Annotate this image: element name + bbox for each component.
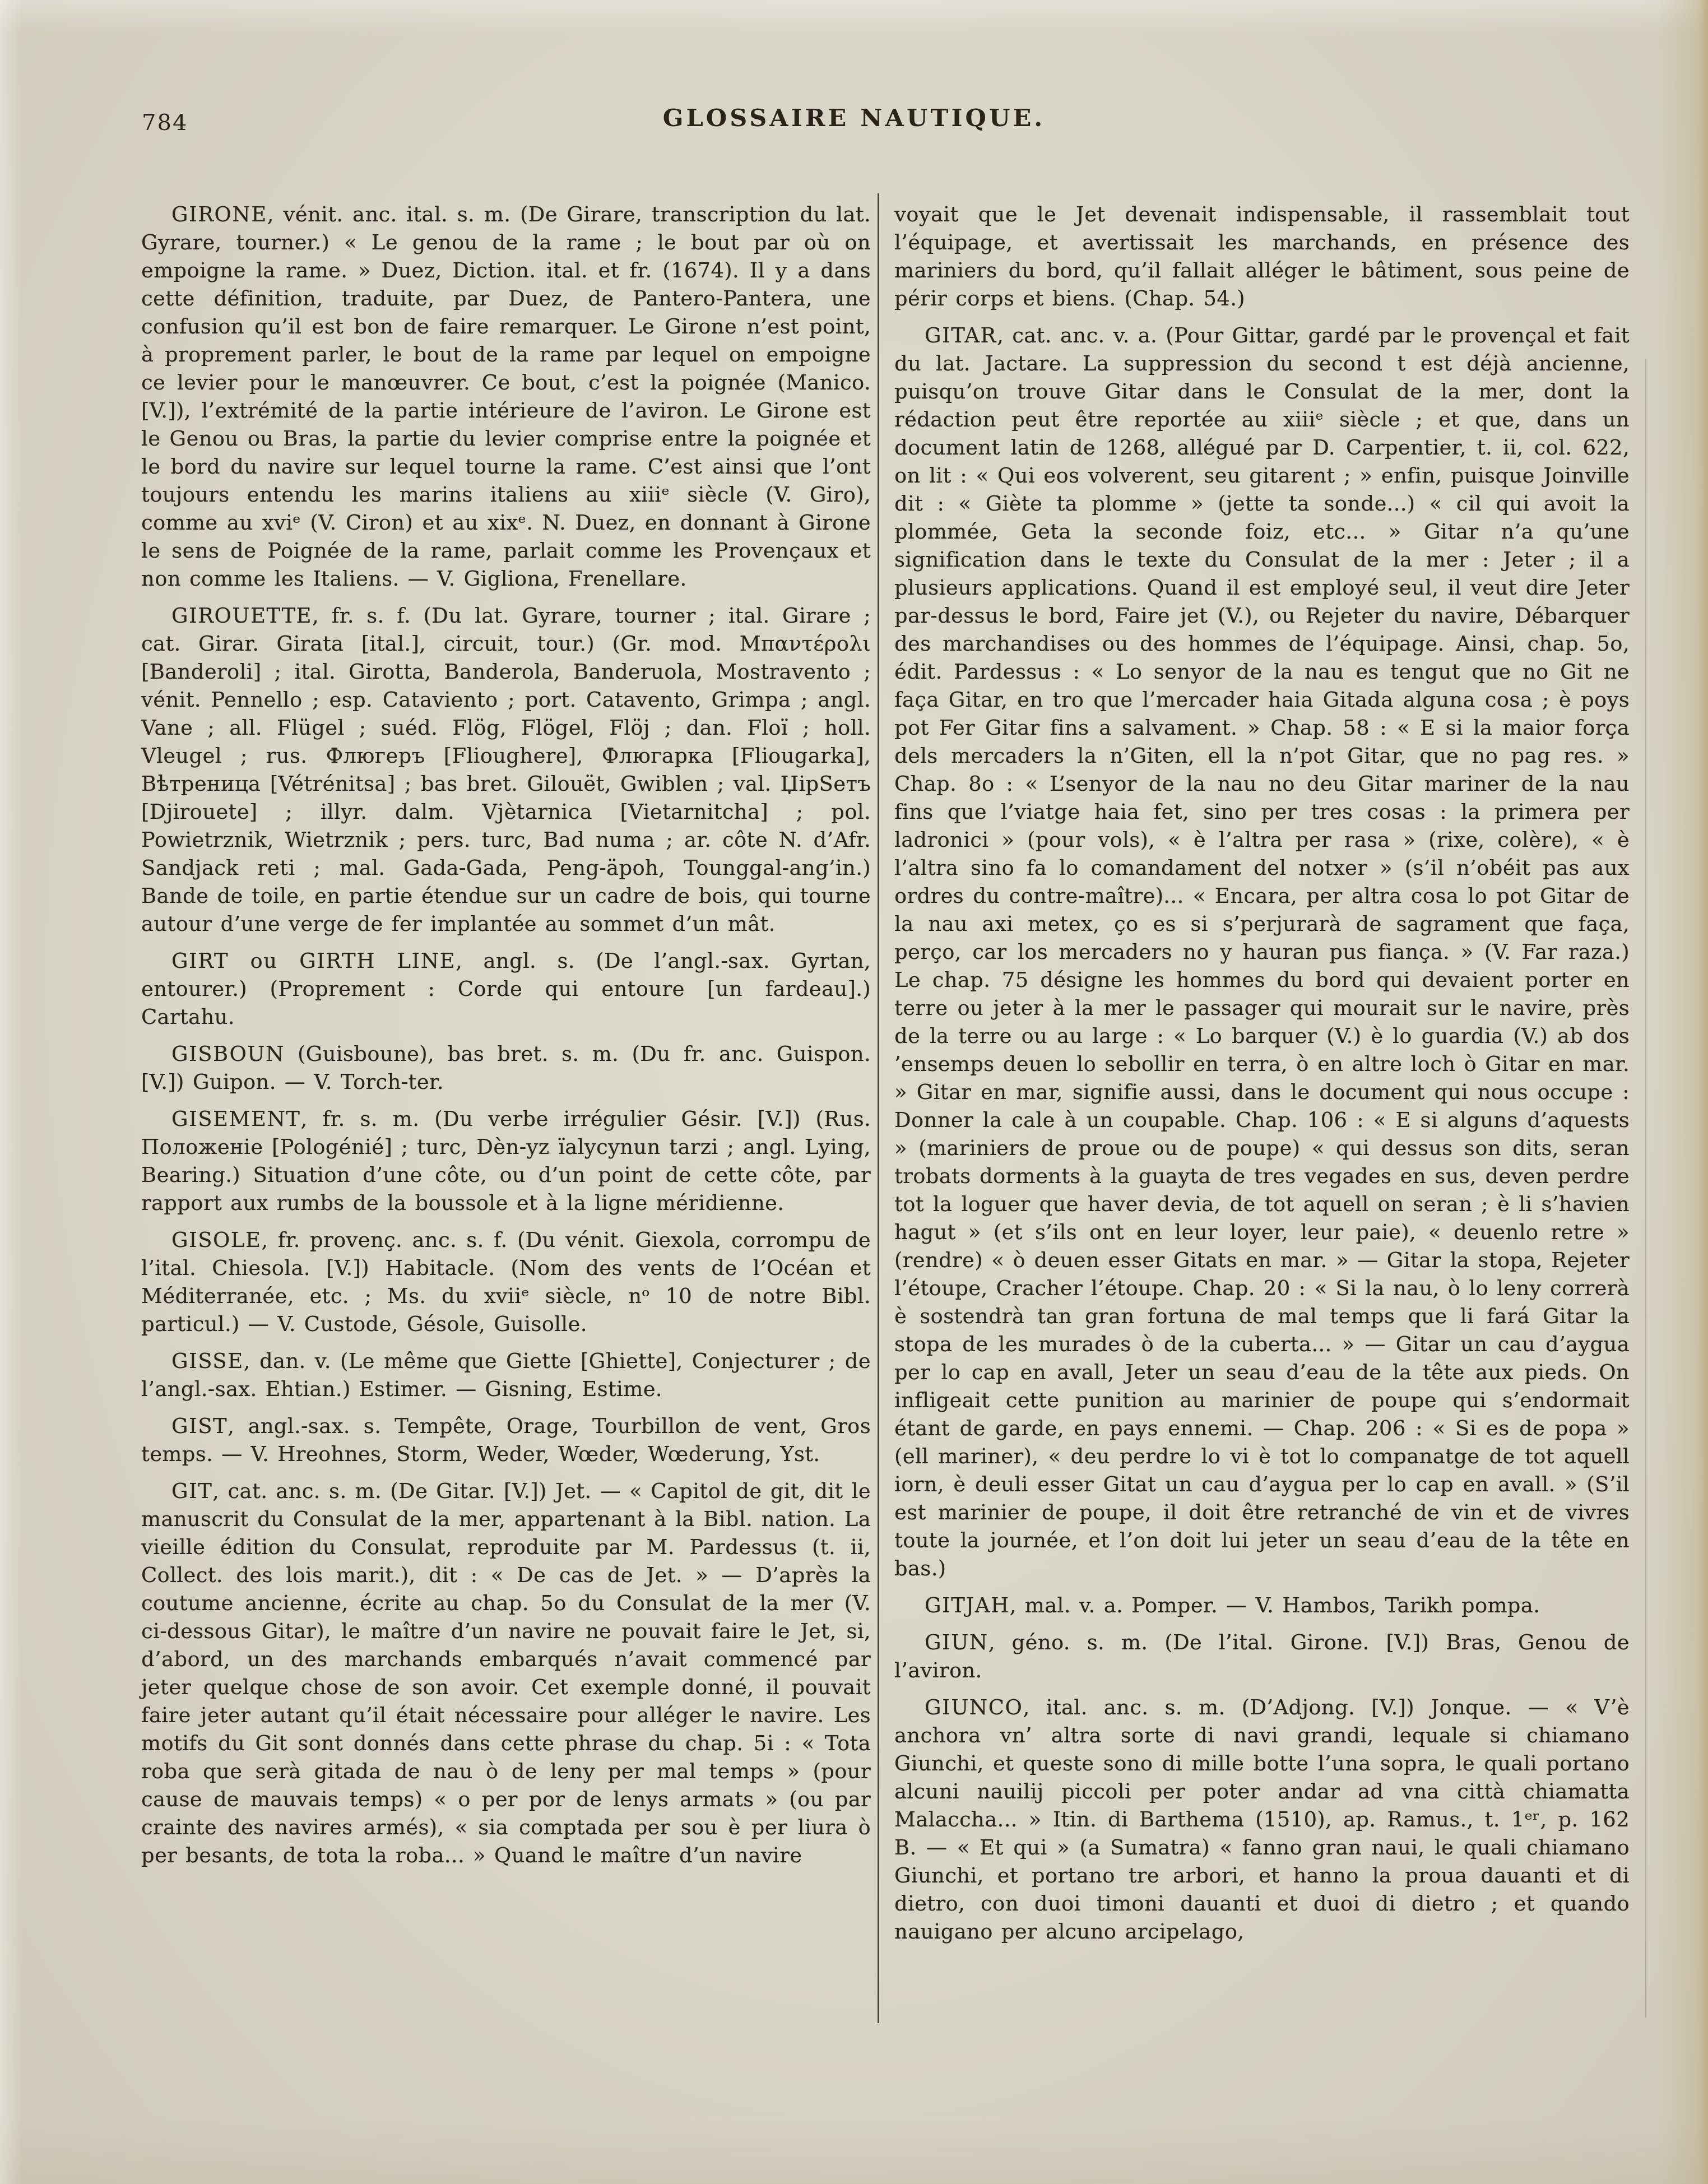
headword-git: GIT xyxy=(171,1479,212,1503)
entry-giun: GIUN, géno. s. m. (De l’ital. Girone. [V… xyxy=(894,1629,1630,1685)
entry-gist: GIST, angl.-sax. s. Tempête, Orage, Tour… xyxy=(141,1412,871,1468)
entry-git-continuation: voyait que le Jet devenait indispensable… xyxy=(894,201,1630,313)
entry-body: , fr. s. f. (Du lat. Gyrare, tourner ; i… xyxy=(141,604,871,936)
entry-girouette: GIROUETTE, fr. s. f. (Du lat. Gyrare, to… xyxy=(141,602,871,938)
headword-girone: GIRONE xyxy=(171,202,267,226)
entry-body: voyait que le Jet devenait indispensable… xyxy=(894,202,1630,310)
entry-gitjah: GITJAH, mal. v. a. Pomper. — V. Hambos, … xyxy=(894,1592,1630,1620)
entry-body: , vénit. anc. ital. s. m. (De Girare, tr… xyxy=(141,202,871,591)
entry-body: , cat. anc. s. m. (De Gitar. [V.]) Jet. … xyxy=(141,1479,871,1867)
entry-gisse: GISSE, dan. v. (Le même que Giette [Ghie… xyxy=(141,1347,871,1403)
headword-gisole: GISOLE xyxy=(171,1228,261,1252)
page-header: GLOSSAIRE NAUTIQUE. xyxy=(0,104,1708,132)
entry-body: , dan. v. (Le même que Giette [Ghiette],… xyxy=(141,1349,871,1401)
column-divider-rule xyxy=(878,193,879,2023)
headword-girouette: GIROUETTE xyxy=(171,604,312,628)
entry-girone: GIRONE, vénit. anc. ital. s. m. (De Gira… xyxy=(141,201,871,593)
headword-gisboun: GISBOUN xyxy=(171,1042,285,1066)
left-column: GIRONE, vénit. anc. ital. s. m. (De Gira… xyxy=(141,201,871,1879)
entry-gisboun: GISBOUN (Guisboune), bas bret. s. m. (Du… xyxy=(141,1040,871,1096)
entry-girt-girth-line: GIRT ou GIRTH LINE, angl. s. (De l’angl.… xyxy=(141,947,871,1031)
headword-giunco: GIUNCO xyxy=(925,1695,1023,1719)
headword-gist: GIST xyxy=(171,1414,228,1438)
headword-giun: GIUN xyxy=(925,1630,988,1654)
headword-gitjah: GITJAH xyxy=(925,1593,1010,1617)
right-column: voyait que le Jet devenait indispensable… xyxy=(894,201,1630,1955)
entry-gisole: GISOLE, fr. provenç. anc. s. f. (Du véni… xyxy=(141,1226,871,1338)
scanned-book-page: 784 GLOSSAIRE NAUTIQUE. GIRONE, vénit. a… xyxy=(0,0,1708,2184)
headword-gisse: GISSE xyxy=(171,1349,244,1373)
headword-gisement: GISEMENT xyxy=(171,1107,300,1131)
right-margin-rule xyxy=(1645,359,1646,2018)
entry-git: GIT, cat. anc. s. m. (De Gitar. [V.]) Je… xyxy=(141,1477,871,1870)
entry-body: , cat. anc. v. a. (Pour Gittar, gardé pa… xyxy=(894,323,1630,1580)
entry-gisement: GISEMENT, fr. s. m. (Du verbe irrégulier… xyxy=(141,1105,871,1217)
headword-gitar: GITAR xyxy=(925,323,997,347)
entry-body: , mal. v. a. Pomper. — V. Hambos, Tarikh… xyxy=(1010,1593,1540,1617)
entry-body: , angl.-sax. s. Tempête, Orage, Tourbill… xyxy=(141,1414,871,1466)
entry-body: , géno. s. m. (De l’ital. Girone. [V.]) … xyxy=(894,1630,1630,1682)
entry-giunco: GIUNCO, ital. anc. s. m. (D’Adjong. [V.]… xyxy=(894,1694,1630,1946)
entry-gitar: GITAR, cat. anc. v. a. (Pour Gittar, gar… xyxy=(894,322,1630,1583)
entry-body: , ital. anc. s. m. (D’Adjong. [V.]) Jonq… xyxy=(894,1695,1630,1944)
headword-girt-girth-line: GIRT ou GIRTH LINE xyxy=(171,949,456,973)
